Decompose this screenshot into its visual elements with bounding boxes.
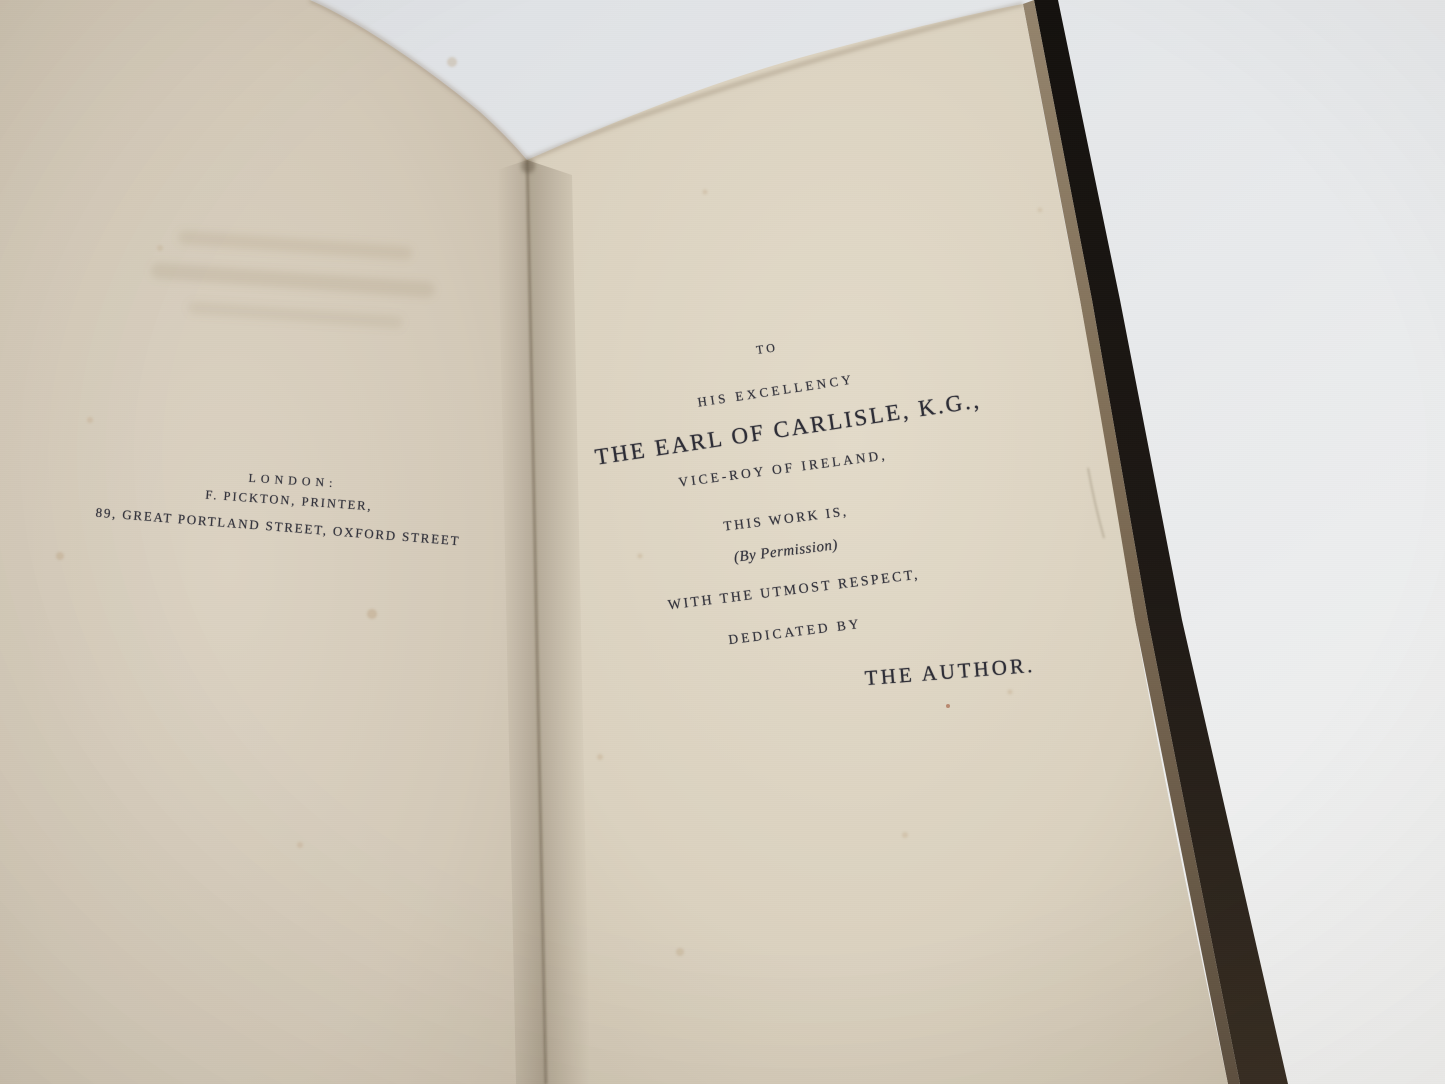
left-page <box>0 0 546 1084</box>
book-photograph: LONDON: F. PICKTON, PRINTER, 89, GREAT P… <box>0 0 1445 1084</box>
book-art <box>0 0 1445 1084</box>
dedication-to: TO <box>755 340 779 358</box>
red-fox-spot <box>946 704 950 708</box>
